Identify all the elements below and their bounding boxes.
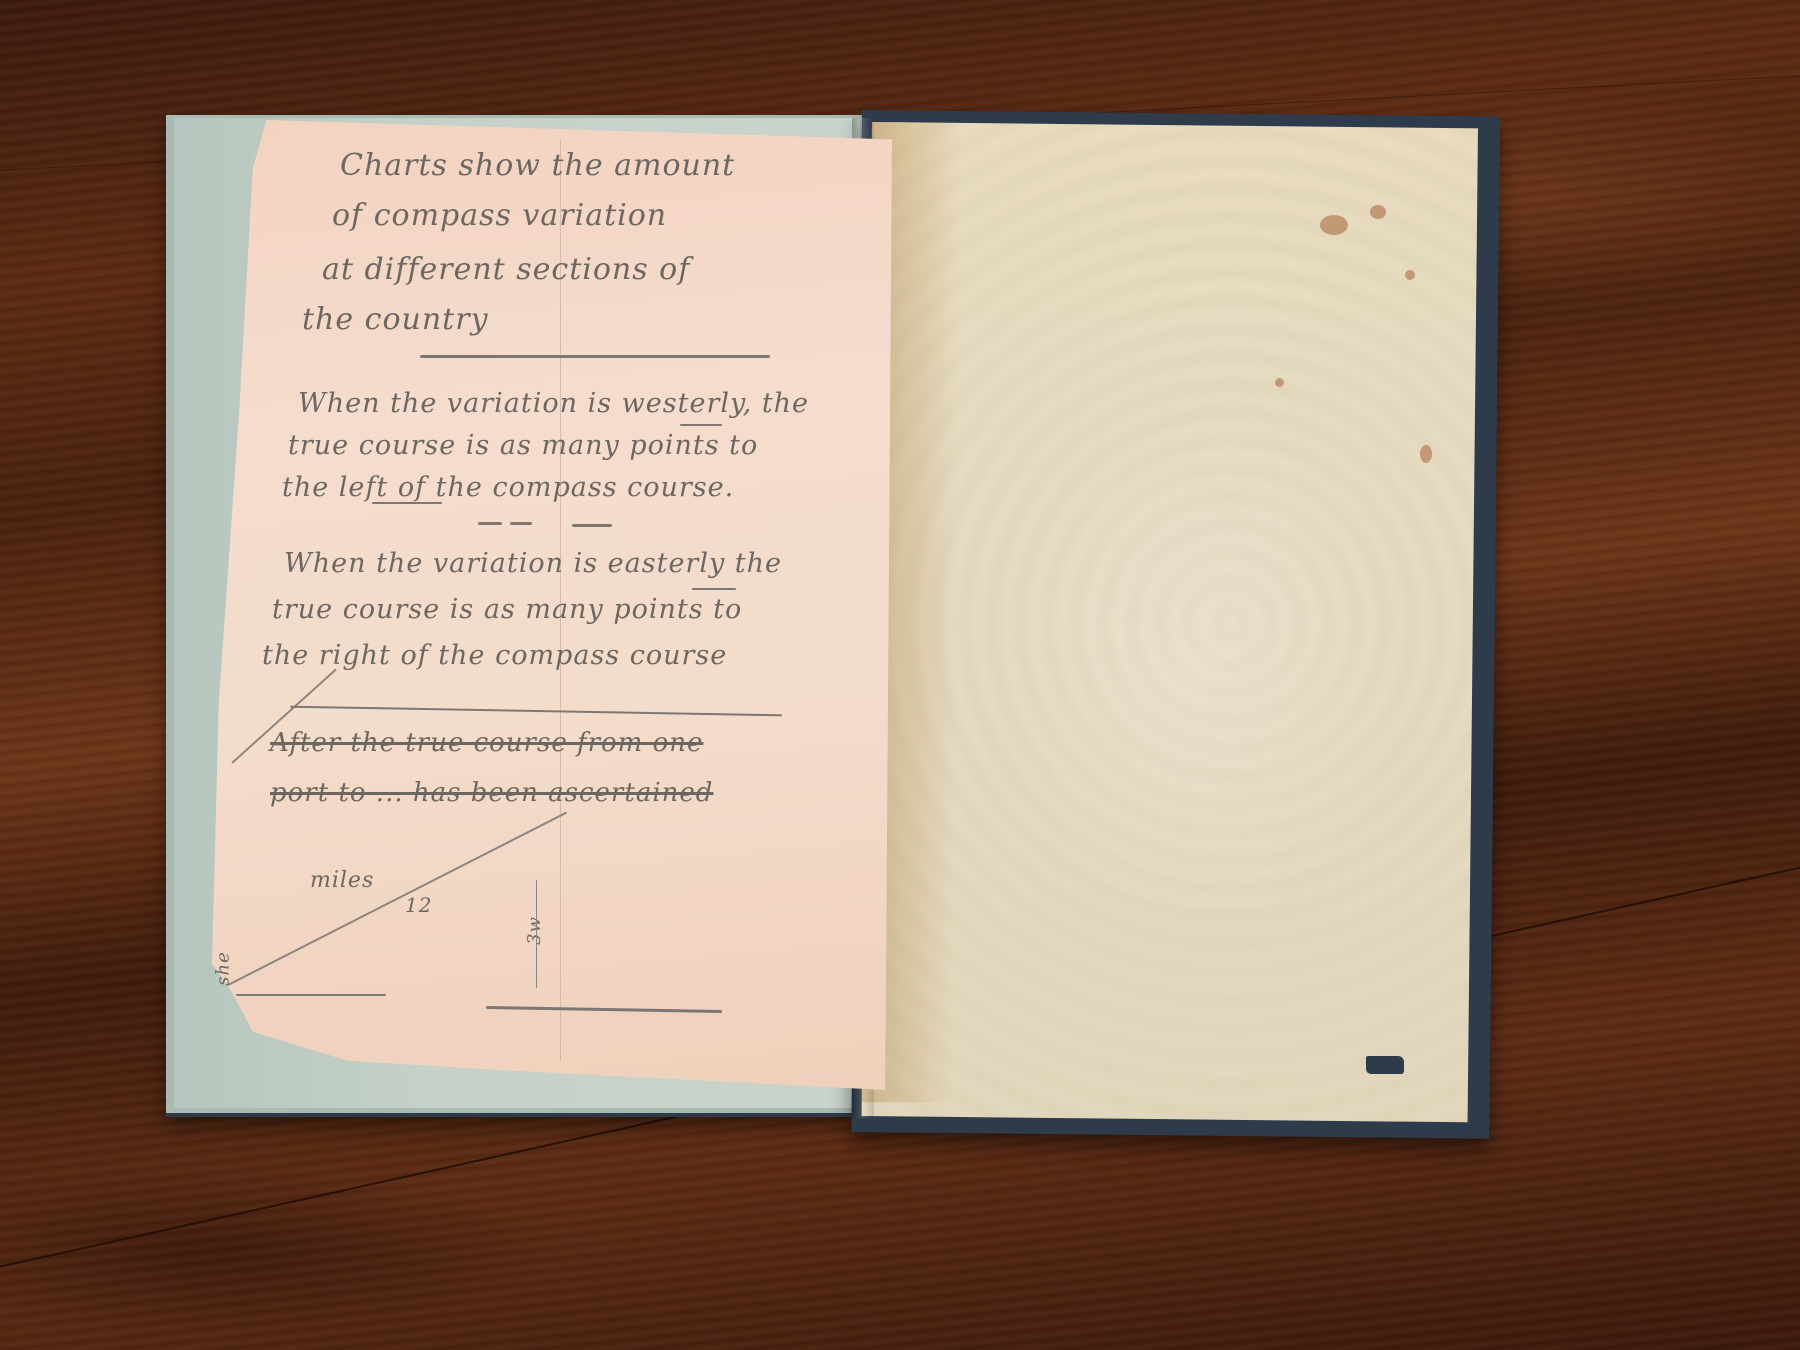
struck-out-line: port to ... has been ascertained [270, 778, 713, 808]
foxing-spot [1275, 378, 1284, 387]
heading-underline [420, 355, 770, 358]
foxing-spot [1420, 445, 1432, 463]
struck-out-line: After the true course from one [270, 728, 703, 758]
westerly-underline [680, 424, 722, 426]
sketch-label: she [213, 951, 234, 985]
foxing-spot [1405, 270, 1415, 280]
sketch-vertical-line [536, 880, 537, 988]
torn-corner [1366, 1056, 1404, 1074]
open-book: Charts show the amount of compass variat… [0, 0, 1800, 1350]
foxing-spot [1320, 215, 1348, 235]
note-line: Charts show the amount [340, 148, 735, 183]
sketch-baseline [236, 994, 386, 996]
note-line: true course is as many points to [288, 430, 758, 461]
note-line: the left of the compass course. [282, 472, 734, 503]
note-line: When the variation is easterly the [284, 548, 782, 579]
note-line: When the variation is westerly, the [298, 388, 809, 419]
separator-dash [478, 522, 502, 525]
note-line: the right of the compass course [262, 640, 727, 671]
sketch-label: miles [310, 868, 374, 893]
sketch-label: 12 [405, 893, 432, 917]
note-line: of compass variation [332, 198, 667, 233]
easterly-underline [692, 588, 736, 590]
separator-dash [572, 524, 612, 527]
foxing-spot [1370, 205, 1386, 219]
separator-dash [510, 522, 532, 525]
left-underline [372, 502, 442, 504]
note-line: at different sections of [322, 252, 690, 287]
note-line: true course is as many points to [272, 594, 742, 625]
note-line: the country [302, 302, 489, 337]
sketch-label: 3w [524, 916, 545, 945]
